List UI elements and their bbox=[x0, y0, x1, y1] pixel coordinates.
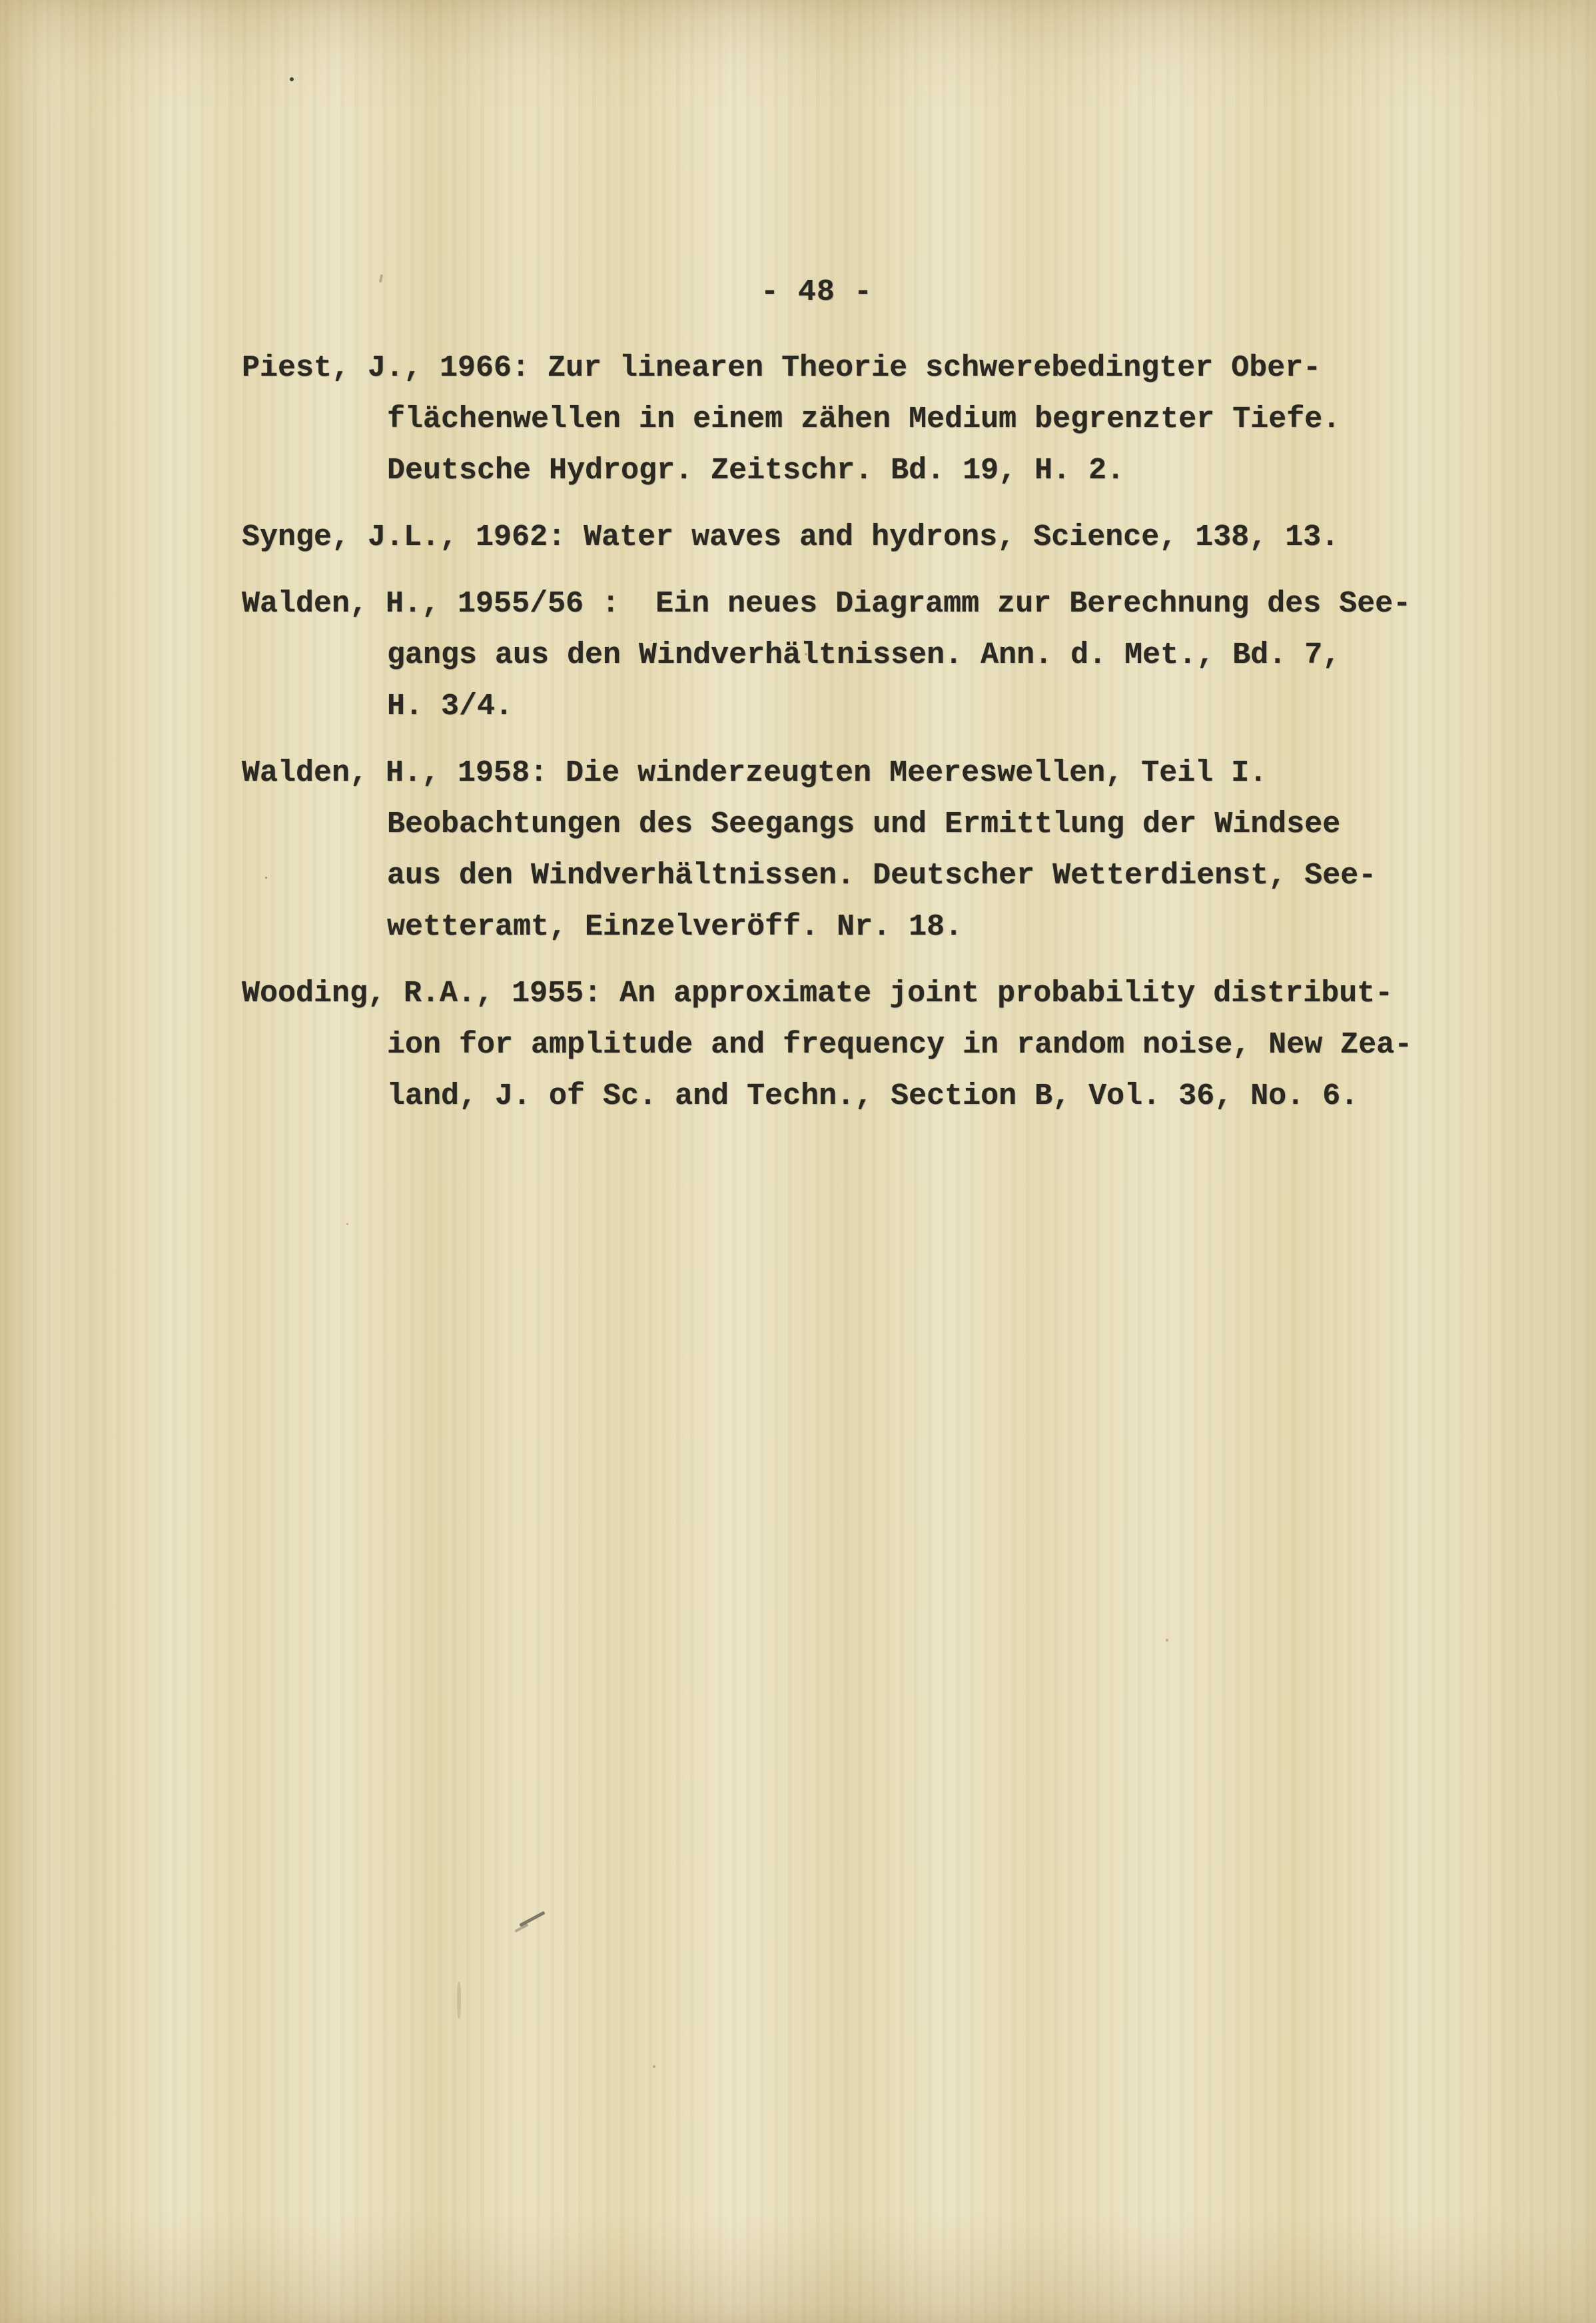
reference-entry: Wooding, R.A., 1955: An approximate join… bbox=[242, 968, 1412, 1122]
paper-speck bbox=[379, 274, 383, 283]
reference-line: wetteramt, Einzelveröff. Nr. 18. bbox=[387, 901, 1412, 953]
paper-speck bbox=[1166, 1639, 1168, 1641]
paper-speck bbox=[290, 77, 294, 81]
reference-line: Piest, J., 1966: Zur linearen Theorie sc… bbox=[242, 342, 1412, 394]
reference-line: gangs aus den Windverhältnissen. Ann. d.… bbox=[387, 630, 1412, 681]
reference-line: Deutsche Hydrogr. Zeitschr. Bd. 19, H. 2… bbox=[387, 445, 1412, 496]
paper-speck bbox=[265, 877, 267, 879]
reference-entry: Piest, J., 1966: Zur linearen Theorie sc… bbox=[242, 342, 1412, 496]
paper-smudge bbox=[457, 1982, 461, 2019]
paper-speck bbox=[653, 2065, 655, 2068]
pencil-mark bbox=[519, 1911, 545, 1927]
scanned-document-page: - 48 - Piest, J., 1966: Zur linearen The… bbox=[0, 0, 1596, 2323]
reference-entry: Walden, H., 1955/56 : Ein neues Diagramm… bbox=[242, 578, 1412, 732]
reference-line: aus den Windverhältnissen. Deutscher Wet… bbox=[387, 850, 1412, 901]
reference-entry: Synge, J.L., 1962: Water waves and hydro… bbox=[242, 512, 1412, 563]
reference-line: Walden, H., 1958: Die winderzeugten Meer… bbox=[242, 747, 1412, 799]
reference-line: land, J. of Sc. and Techn., Section B, V… bbox=[387, 1071, 1412, 1122]
reference-line: H. 3/4. bbox=[387, 681, 1412, 732]
page-number: - 48 - bbox=[761, 266, 873, 318]
reference-line: Wooding, R.A., 1955: An approximate join… bbox=[242, 968, 1412, 1019]
reference-line: flächenwellen in einem zähen Medium begr… bbox=[387, 394, 1412, 445]
paper-speck bbox=[805, 653, 807, 656]
reference-line: ion for amplitude and frequency in rando… bbox=[387, 1019, 1412, 1071]
paper-speck bbox=[346, 1223, 348, 1225]
reference-entry: Walden, H., 1958: Die winderzeugten Meer… bbox=[242, 747, 1412, 953]
reference-line: Beobachtungen des Seegangs und Ermittlun… bbox=[387, 799, 1412, 850]
reference-line: Walden, H., 1955/56 : Ein neues Diagramm… bbox=[242, 578, 1412, 630]
reference-line: Synge, J.L., 1962: Water waves and hydro… bbox=[242, 512, 1412, 563]
reference-list: Piest, J., 1966: Zur linearen Theorie sc… bbox=[242, 342, 1412, 1137]
